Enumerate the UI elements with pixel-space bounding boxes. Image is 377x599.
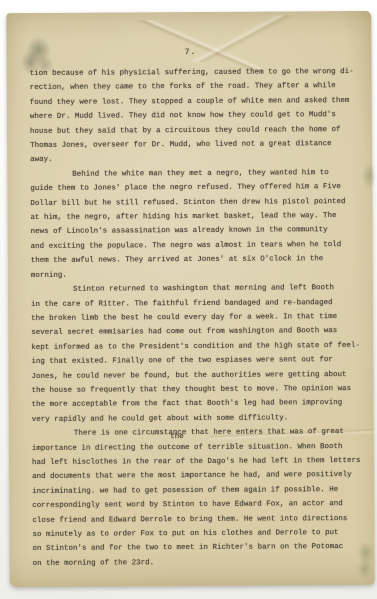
document-page: 7. tion because of his physicial sufferi… bbox=[6, 11, 374, 587]
page-content: 7. tion because of his physicial sufferi… bbox=[6, 11, 374, 587]
scan-background: 7. tion because of his physicial sufferi… bbox=[0, 0, 377, 599]
inserted-word: the bbox=[170, 434, 184, 441]
page-number: 7. bbox=[29, 47, 351, 58]
text-line: on the morning of the 23rd. bbox=[33, 555, 355, 571]
page-body: tion because of his physicial suffering,… bbox=[30, 65, 355, 571]
